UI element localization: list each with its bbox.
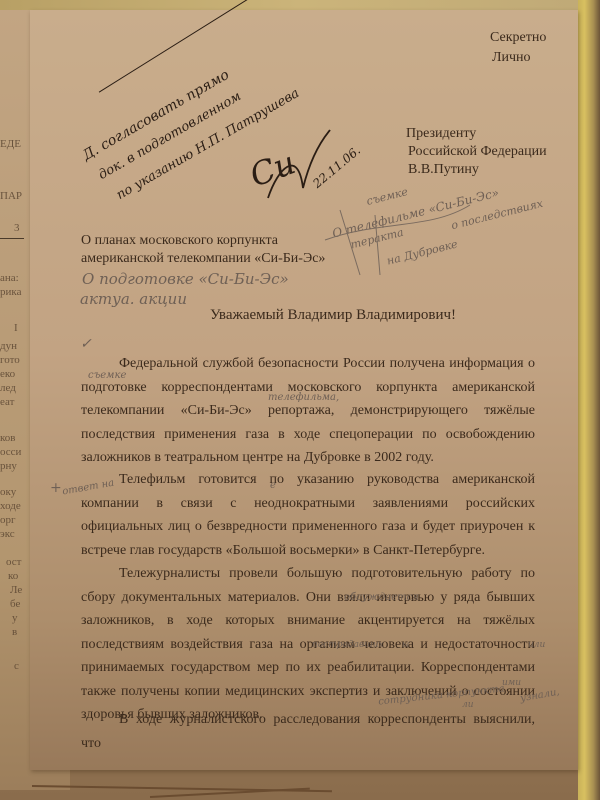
subject-line-2: американской телекомпании «Си-Би-Эс» [81, 250, 325, 268]
pencil-scribble-icon [320, 200, 480, 280]
under-text-fragment: у [12, 612, 18, 624]
classification-personal: Лично [492, 46, 531, 69]
resolution-rule [99, 0, 269, 93]
note-above-reabilitacii: пострадавших [312, 640, 384, 650]
under-text-fragment: Ле [10, 584, 22, 596]
under-text-fragment: бе [10, 598, 20, 610]
under-text-fragment: ана: [0, 272, 19, 284]
paragraph-4-text: В ходе журналистского расследования корр… [81, 712, 535, 751]
note-last-line-2: ими [502, 678, 521, 688]
under-text-fragment: 3 [14, 222, 20, 234]
under-text-fragment: оку [0, 486, 16, 498]
note-above-podgotovke: съемке [88, 370, 126, 381]
under-text-fragment: I [14, 322, 18, 334]
under-text-fragment: ходе [0, 500, 21, 512]
under-text-fragment: еко [0, 368, 15, 380]
paragraph-3-text: Тележурналисты провели большую подготови… [81, 566, 535, 722]
note-above-akcentiruetsya: обсуждается [344, 592, 419, 603]
under-text-fragment: ко [8, 570, 18, 582]
note-above-zayavleniyami: е [270, 480, 276, 491]
pencil-subject-edit-1: О подготовке «Си-Би-Эс» [82, 270, 289, 288]
under-text-fragment: лед [0, 382, 16, 394]
note-above-polucheny: или [528, 640, 545, 650]
resolution-block [92, 0, 271, 100]
yellow-folder-edge [578, 0, 600, 800]
subject-line-1: О планах московского корпункта [81, 232, 278, 250]
under-text-fragment: ЕДЕ [0, 138, 21, 150]
underline [0, 238, 24, 239]
under-text-fragment: орг [0, 514, 16, 526]
letter-page: Секретно Лично Президенту Российской Фед… [30, 10, 578, 770]
paragraph-1: Федеральной службой безопасности России … [81, 352, 535, 470]
under-text-fragment: ост [6, 556, 21, 568]
under-text-fragment: экс [0, 528, 15, 540]
paragraph-2-text: Телефильм готовится по указанию руководс… [81, 472, 535, 558]
under-text-fragment: в [12, 626, 17, 638]
pencil-subject-edit-2: актуа. акции [80, 290, 187, 308]
under-text-fragment: ков [0, 432, 15, 444]
margin-check-icon: ✓ [80, 336, 92, 352]
under-text-fragment: ПАР [0, 190, 22, 202]
note-above-reportazha: телефильма, [268, 392, 339, 403]
margin-plus-icon: + [50, 480, 62, 496]
background-desk-edge [0, 0, 600, 10]
paragraph-2: Телефильм готовится по указанию руководс… [81, 468, 535, 562]
addressee-line-3: В.В.Путину [408, 158, 479, 181]
under-text-fragment: гото [0, 354, 20, 366]
under-text-fragment: дун [0, 340, 17, 352]
under-text-fragment: осси [0, 446, 21, 458]
paragraph-4: В ходе журналистского расследования корр… [81, 708, 535, 755]
note-above-korrespondentami: ы [402, 640, 409, 650]
note-last-line-4: ли [462, 700, 474, 710]
under-text-fragment: с [14, 660, 19, 672]
paragraph-1-text: Федеральной службой безопасности России … [81, 356, 535, 465]
under-text-fragment: еат [0, 396, 14, 408]
salutation: Уважаемый Владимир Владимирович! [210, 304, 456, 327]
under-text-fragment: рика [0, 286, 21, 298]
under-text-fragment: рну [0, 460, 17, 472]
